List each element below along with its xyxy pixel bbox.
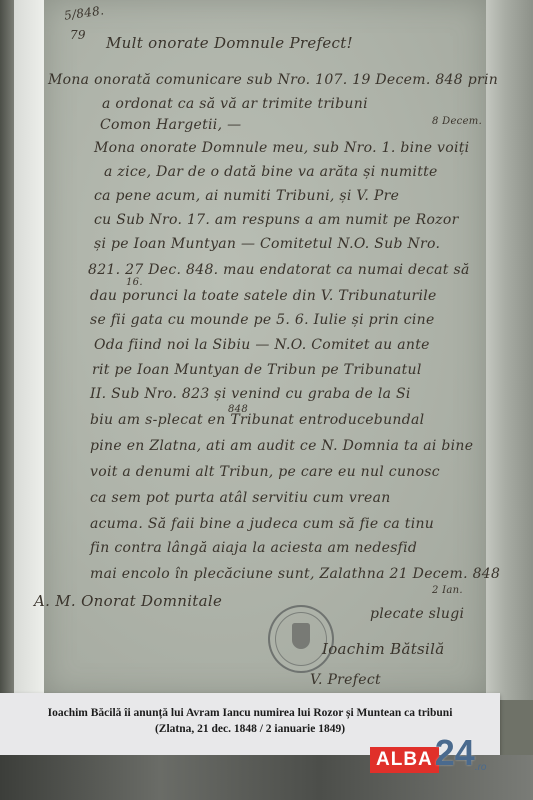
signature-title: V. Prefect <box>310 672 381 688</box>
letter-line: a ordonat ca să vă ar trimite tribuni <box>102 96 368 112</box>
letter-line: pine en Zlatna, ati am audit ce N. Domni… <box>90 438 473 454</box>
closing-humble-servant: plecate slugi <box>370 606 464 622</box>
caption-date: (Zlatna, 21 dec. 1848 / 2 ianuarie 1849) <box>0 723 500 735</box>
date-correction-note: 16. <box>126 277 143 288</box>
letter-line: și pe Ioan Muntyan — Comitetul N.O. Sub … <box>94 236 440 252</box>
letter-line: dau porunci la toate satele din V. Tribu… <box>90 288 437 304</box>
letter-line: mai encolo în plecăciune sunt, Zalathna … <box>90 566 500 582</box>
coat-of-arms-icon <box>292 623 310 649</box>
official-stamp <box>268 605 334 673</box>
margin-date-note: 8 Decem. <box>432 116 482 127</box>
caption-title: Ioachim Băcilă îi anunță lui Avram Iancu… <box>0 707 500 719</box>
historical-letter: 5/848. 79 Mult onorate Domnule Prefect! … <box>44 0 486 696</box>
date-note-january: 2 Ian. <box>432 585 463 596</box>
letter-line: cu Sub Nro. 17. am respuns a am numit pe… <box>94 212 459 228</box>
letter-line: Mona onorată comunicare sub Nro. 107. 19… <box>48 72 498 88</box>
letter-line: II. Sub Nro. 823 și venind cu graba de l… <box>90 386 411 402</box>
letter-line: rit pe Ioan Muntyan de Tribun pe Tribuna… <box>92 362 422 378</box>
letter-line: biu am s-plecat en Tribunat entroducebun… <box>90 412 424 428</box>
watermark-number: 24 <box>435 732 475 774</box>
letter-line: 821. 27 Dec. 848. mau endatorat ca numai… <box>88 262 470 278</box>
letter-line: fin contra lângă aiaja la aciesta am ned… <box>90 540 417 556</box>
letter-line: Mona onorate Domnule meu, sub Nro. 1. bi… <box>94 140 469 156</box>
signature: Ioachim Bătsilă <box>322 640 444 658</box>
display-glass-edge <box>486 0 533 700</box>
reference-number: 79 <box>70 28 86 42</box>
reference-number-top: 5/848. <box>63 3 105 22</box>
salutation: Mult onorate Domnule Prefect! <box>106 34 353 52</box>
alba24-watermark: ALBA 24 .ro <box>370 745 487 775</box>
letter-line: se fii gata cu mounde pe 5. 6. Iulie și … <box>90 312 435 328</box>
letter-line: voit a denumi alt Tribun, pe care eu nul… <box>90 464 440 480</box>
watermark-brand: ALBA <box>370 747 439 773</box>
letter-line: Comon Hargetii, — <box>100 117 241 133</box>
letter-line: Oda fiind noi la Sibiu — N.O. Comitet au… <box>94 337 430 353</box>
watermark-tld: .ro <box>475 762 487 773</box>
closing-formula: A. M. Onorat Domnitale <box>34 592 222 610</box>
letter-line: ca sem pot purta atâl servitiu cum vrean <box>90 490 391 506</box>
letter-line: ca pene acum, ai numiti Tribuni, și V. P… <box>94 188 399 204</box>
letter-line: a zice, Dar de o dată bine va arăta și n… <box>104 164 438 180</box>
letter-line: acuma. Să faii bine a judeca cum să fie … <box>90 516 434 532</box>
